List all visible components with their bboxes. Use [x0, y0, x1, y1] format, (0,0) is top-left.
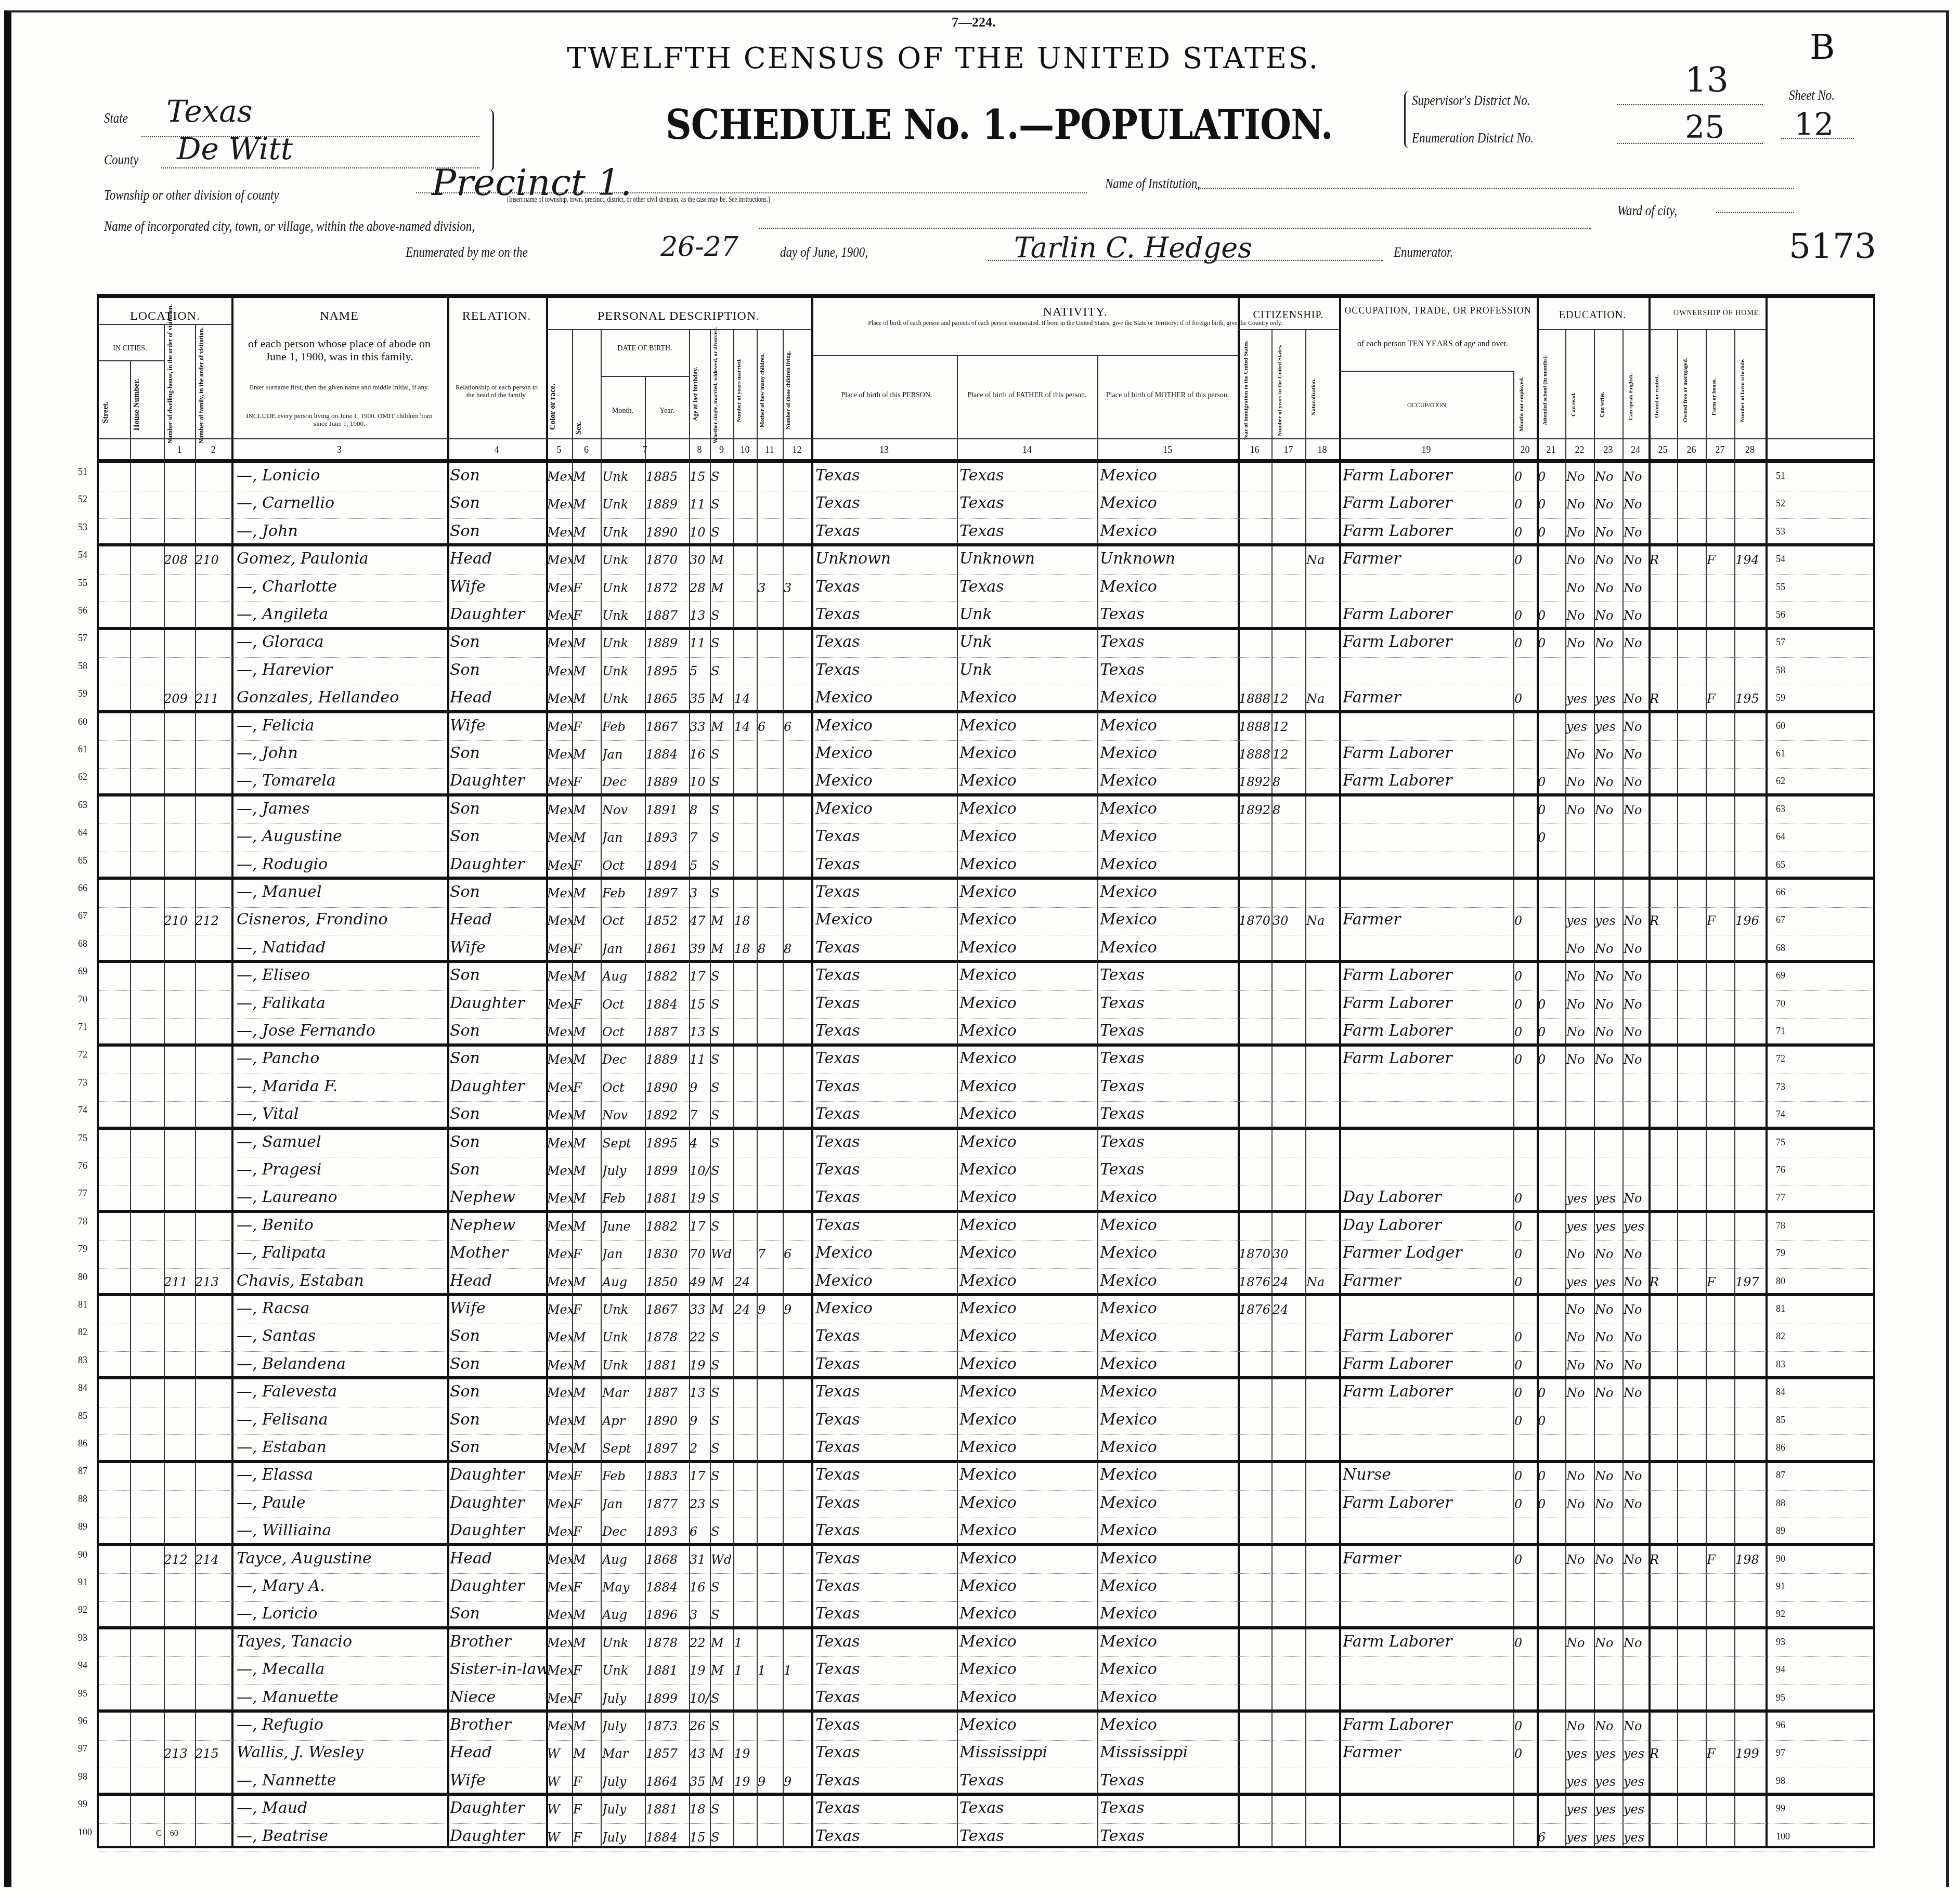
birthplace-person: Texas	[815, 1494, 957, 1512]
sex: M	[573, 1636, 600, 1650]
months-unemployed: 0	[1514, 608, 1537, 623]
birthplace-person: Texas	[815, 1604, 957, 1623]
line-number-left: 94	[78, 1660, 87, 1671]
sex: F	[573, 581, 600, 595]
sex: F	[573, 1497, 600, 1511]
occupation: Day Laborer	[1343, 1216, 1513, 1234]
birthplace-father: Mexico	[959, 1133, 1097, 1151]
line-number-left: 67	[78, 910, 87, 921]
sex: M	[573, 1441, 600, 1456]
birth-month: Unk	[602, 553, 645, 567]
relation: Head	[450, 1272, 546, 1290]
birth-month: May	[602, 1580, 645, 1595]
birth-year: 1865	[646, 691, 689, 706]
can-read: No	[1566, 1247, 1594, 1261]
color-race: Mex	[547, 469, 572, 484]
line-number-left: 76	[78, 1160, 87, 1171]
person-name: —, Racsa	[237, 1299, 447, 1317]
birthplace-mother: Mexico	[1100, 1688, 1238, 1706]
can-read: No	[1566, 1636, 1594, 1650]
header-name-desc: of each person whose place of abode on J…	[244, 337, 434, 363]
occupation: Farm Laborer	[1343, 1049, 1513, 1067]
months-unemployed: 0	[1514, 1497, 1537, 1511]
birthplace-father: Mexico	[959, 1382, 1097, 1401]
birthplace-person: Mexico	[815, 1244, 957, 1262]
line-number-right: 90	[1776, 1553, 1785, 1564]
marital-status: S	[711, 1025, 733, 1039]
person-name: —, Felisana	[237, 1411, 447, 1429]
sex: F	[573, 1302, 600, 1317]
dwelling-number: 212	[164, 1552, 195, 1567]
birth-month: July	[602, 1691, 645, 1706]
owned-rented: R	[1650, 691, 1677, 706]
birth-year: 1882	[646, 1219, 689, 1234]
can-read: No	[1566, 1497, 1594, 1511]
attended-school: 0	[1538, 997, 1565, 1012]
attended-school: 0	[1538, 830, 1565, 845]
birthplace-person: Texas	[815, 1799, 957, 1817]
color-race: Mex	[547, 858, 572, 873]
person-name: —, Falikata	[237, 994, 447, 1012]
birthplace-mother: Mexico	[1100, 1244, 1238, 1262]
birthplace-father: Mexico	[959, 1105, 1097, 1123]
birth-month: July	[602, 1830, 645, 1845]
population-table: LOCATION. IN CITIES. NAME of each person…	[97, 294, 1875, 1848]
line-number-right: 100	[1776, 1831, 1790, 1842]
sex: F	[573, 1247, 600, 1261]
children-living: 6	[784, 720, 811, 734]
birth-year: 1882	[646, 969, 689, 984]
header-age: Age at last birthday.	[692, 345, 699, 443]
person-name: —, Harevior	[237, 661, 447, 679]
immigration-year: 1876	[1239, 1302, 1271, 1317]
color-race: Mex	[547, 775, 572, 789]
col-number: 18	[1305, 445, 1339, 455]
header-occupation: OCCUPATION, TRADE, OR PROFESSION	[1339, 305, 1537, 316]
header-name-instr2: INCLUDE every person living on June 1, 1…	[244, 412, 434, 428]
occupation: Farmer	[1343, 910, 1513, 929]
birthplace-person: Mexico	[815, 688, 957, 707]
birthplace-father: Mexico	[959, 883, 1097, 901]
birth-month: Jan	[602, 747, 645, 762]
line-number-right: 63	[1776, 804, 1785, 815]
line-number-right: 54	[1776, 554, 1785, 565]
can-read: No	[1566, 608, 1594, 623]
can-speak-english: No	[1624, 1469, 1649, 1483]
birth-month: Unk	[602, 581, 645, 595]
header-attended-school: Attended school (in months).	[1542, 337, 1548, 443]
color-race: Mex	[547, 1719, 572, 1733]
can-speak-english: yes	[1624, 1774, 1649, 1789]
color-race: W	[547, 1746, 572, 1761]
header-name: NAME	[231, 309, 447, 324]
birthplace-mother: Mexico	[1100, 1327, 1238, 1345]
sex: F	[573, 1080, 600, 1095]
birthplace-father: Mexico	[959, 1660, 1097, 1678]
table-row: —, JohnSonMexMUnk189010STexasTexasMexico…	[99, 519, 1873, 547]
sheet-letter: B	[1810, 27, 1835, 67]
birthplace-mother: Mexico	[1100, 1438, 1238, 1456]
birth-month: Oct	[602, 913, 645, 928]
birth-month: Nov	[602, 803, 645, 817]
line-number-right: 71	[1776, 1026, 1785, 1037]
can-read: No	[1566, 803, 1594, 817]
can-speak-english: No	[1624, 1330, 1649, 1344]
occupation: Farm Laborer	[1343, 1327, 1513, 1345]
birth-year: 1890	[646, 1414, 689, 1428]
can-speak-english: No	[1624, 1247, 1649, 1261]
birthplace-father: Unk	[959, 661, 1097, 679]
can-read: yes	[1566, 913, 1594, 928]
col-number: 8	[689, 445, 710, 455]
person-name: —, Benito	[237, 1216, 447, 1234]
birth-year: 1864	[646, 1774, 689, 1789]
birth-year: 1892	[646, 1108, 689, 1122]
birthplace-person: Texas	[815, 578, 957, 596]
birth-month: Unk	[602, 1663, 645, 1678]
sex: F	[573, 608, 600, 623]
table-row: —, PanchoSonMexMDec188911STexasMexicoTex…	[99, 1046, 1873, 1074]
months-unemployed: 0	[1514, 1746, 1537, 1761]
header-year: Year.	[645, 407, 689, 415]
can-write: No	[1595, 775, 1622, 789]
mother-of: 7	[758, 1247, 783, 1261]
birth-month: Aug	[602, 1608, 645, 1622]
birthplace-mother: Mexico	[1100, 855, 1238, 873]
mother-of: 3	[758, 581, 783, 595]
line-number-left: 90	[78, 1549, 87, 1560]
birthplace-mother: Mexico	[1100, 1188, 1238, 1206]
birth-month: Unk	[602, 1302, 645, 1317]
rule	[601, 376, 689, 377]
color-race: Mex	[547, 1219, 572, 1234]
age: 11	[690, 497, 710, 512]
months-unemployed: 0	[1514, 1414, 1537, 1428]
age: 5	[690, 664, 710, 678]
can-read: yes	[1566, 1275, 1594, 1289]
col-number: 6	[572, 445, 601, 455]
color-race: Mex	[547, 969, 572, 984]
line-number-left: 83	[78, 1355, 87, 1366]
farm-house: F	[1707, 691, 1734, 706]
birthplace-father: Mexico	[959, 1160, 1097, 1179]
birthplace-father: Texas	[959, 1799, 1097, 1817]
can-speak-english: No	[1624, 969, 1649, 984]
col-number: 22	[1565, 445, 1594, 455]
table-row: —, Jose FernandoSonMexMOct188713STexasMe…	[99, 1019, 1873, 1047]
relation: Wife	[450, 716, 546, 735]
marital-status: M	[711, 942, 733, 956]
county-value: De Witt	[177, 131, 293, 166]
age: 17	[690, 1469, 710, 1483]
birthplace-father: Mexico	[959, 1716, 1097, 1734]
birthplace-person: Mexico	[815, 1299, 957, 1317]
col-number: 17	[1271, 445, 1305, 455]
years-in-us: 8	[1273, 775, 1305, 789]
table-row: —, JohnSonMexMJan188416SMexicoMexicoMexi…	[99, 741, 1873, 769]
birth-year: 1899	[646, 1691, 689, 1706]
years-in-us: 12	[1273, 691, 1305, 706]
line-number-left: 85	[78, 1411, 87, 1421]
occupation: Farm Laborer	[1343, 744, 1513, 762]
col-number: 27	[1706, 445, 1734, 455]
can-read: No	[1566, 1469, 1594, 1483]
sex: F	[573, 720, 600, 734]
can-read: No	[1566, 1386, 1594, 1400]
months-unemployed: 0	[1514, 1636, 1537, 1650]
marital-status: S	[711, 1830, 733, 1845]
occupation: Farmer	[1343, 1549, 1513, 1568]
can-read: yes	[1566, 1802, 1594, 1817]
table-row: —, EstabanSonMexMSept18972STexasMexicoMe…	[99, 1435, 1873, 1463]
sex: M	[573, 1552, 600, 1567]
birthplace-person: Texas	[815, 994, 957, 1012]
line-number-left: 78	[78, 1216, 87, 1227]
line-number-left: 82	[78, 1327, 87, 1338]
sex: M	[573, 886, 600, 900]
can-speak-english: No	[1624, 1386, 1649, 1400]
birthplace-father: Mexico	[959, 1438, 1097, 1456]
birth-year: 1897	[646, 886, 689, 900]
birth-month: Oct	[602, 858, 645, 873]
col-number: 26	[1677, 445, 1706, 455]
birthplace-person: Texas	[815, 1188, 957, 1206]
can-write: yes	[1595, 913, 1622, 928]
relation: Son	[450, 1160, 546, 1179]
marital-status: S	[711, 747, 733, 762]
can-speak-english: No	[1624, 775, 1649, 789]
marital-status: S	[711, 1497, 733, 1511]
col-number: 20	[1513, 445, 1537, 455]
marital-status: S	[711, 1580, 733, 1595]
person-name: —, Laureano	[237, 1188, 447, 1206]
ward-label: Ward of city,	[1617, 203, 1677, 219]
years-married: 19	[734, 1746, 757, 1761]
relation: Son	[450, 1022, 546, 1040]
occupation: Farmer Lodger	[1343, 1244, 1513, 1262]
sex: F	[573, 1663, 600, 1678]
person-name: —, Natidad	[237, 938, 447, 957]
line-number-right: 99	[1776, 1803, 1785, 1814]
occupation: Farm Laborer	[1343, 1716, 1513, 1734]
immigration-year: 1888	[1239, 691, 1271, 706]
can-write: No	[1595, 553, 1622, 567]
table-row: —, TomarelaDaughterMexFDec188910SMexicoM…	[99, 768, 1873, 797]
marital-status: M	[711, 1275, 733, 1289]
line-number-left: 66	[78, 883, 87, 894]
color-race: Mex	[547, 1691, 572, 1706]
attended-school: 0	[1538, 636, 1565, 650]
table-row: 212214Tayce, AugustineHeadMexMAug186831W…	[99, 1546, 1873, 1574]
relation: Mother	[450, 1244, 546, 1262]
sex: M	[573, 747, 600, 762]
marital-status: S	[711, 1108, 733, 1122]
person-name: —, Samuel	[237, 1133, 447, 1151]
birth-month: Aug	[602, 969, 645, 984]
line-number-right: 75	[1776, 1137, 1785, 1148]
enumerated-suffix: day of June, 1900,	[780, 244, 868, 261]
age: 23	[690, 1497, 710, 1511]
birthplace-mother: Mexico	[1100, 1355, 1238, 1373]
relation: Nephew	[450, 1188, 546, 1206]
marital-status: S	[711, 830, 733, 845]
birthplace-father: Unknown	[959, 550, 1097, 568]
birth-year: 1881	[646, 1191, 689, 1206]
birth-month: Unk	[602, 1330, 645, 1344]
occupation: Farmer	[1343, 1272, 1513, 1290]
color-race: Mex	[547, 1108, 572, 1122]
birthplace-father: Mexico	[959, 1466, 1097, 1484]
color-race: Mex	[547, 1191, 572, 1206]
birth-year: 1873	[646, 1719, 689, 1733]
header-family: Number of family, in the order of visita…	[198, 337, 205, 443]
line-number-right: 98	[1776, 1775, 1785, 1786]
color-race: Mex	[547, 636, 572, 650]
color-race: Mex	[547, 720, 572, 734]
table-row: —, ElassaDaughterMexFFeb188317STexasMexi…	[99, 1463, 1873, 1491]
occupation: Farmer	[1343, 688, 1513, 707]
birth-year: 1896	[646, 1608, 689, 1622]
farm-schedule: 197	[1735, 1275, 1766, 1289]
occupation: Nurse	[1343, 1466, 1513, 1484]
line-number-right: 93	[1776, 1637, 1785, 1648]
line-number-right: 95	[1776, 1692, 1785, 1703]
age: 35	[690, 691, 710, 706]
line-number-left: 57	[78, 633, 87, 644]
birthplace-person: Texas	[815, 1327, 957, 1345]
birthplace-mother: Mexico	[1100, 1382, 1238, 1401]
birthplace-person: Mexico	[815, 1272, 957, 1290]
can-write: No	[1595, 803, 1622, 817]
line-number-right: 94	[1776, 1664, 1785, 1675]
birthplace-mother: Mexico	[1100, 1604, 1238, 1623]
age: 28	[690, 581, 710, 595]
header-citizenship: CITIZENSHIP.	[1238, 309, 1339, 321]
can-speak-english: No	[1624, 942, 1649, 956]
table-row: —, LaureanoNephewMexMFeb188119STexasMexi…	[99, 1185, 1873, 1213]
line-number-right: 68	[1776, 943, 1785, 954]
sex: M	[573, 1358, 600, 1373]
birthplace-person: Texas	[815, 1160, 957, 1179]
relation: Wife	[450, 1771, 546, 1790]
table-row: —, AugustineSonMexMJan18937STexasMexicoM…	[99, 824, 1873, 852]
birthplace-father: Mexico	[959, 1244, 1097, 1262]
line-number-right: 79	[1776, 1248, 1785, 1259]
birth-month: Oct	[602, 1080, 645, 1095]
header-can-read: Can read.	[1570, 365, 1577, 443]
header-farm-house: Farm or house.	[1711, 350, 1717, 443]
farm-house: F	[1707, 1552, 1734, 1567]
person-name: —, Tomarela	[237, 772, 447, 790]
attended-school: 0	[1538, 803, 1565, 817]
header-occupation-sub: OCCUPATION.	[1339, 402, 1516, 409]
line-number-right: 74	[1776, 1109, 1785, 1120]
birthplace-mother: Texas	[1100, 1799, 1238, 1817]
months-unemployed: 0	[1514, 1191, 1537, 1206]
person-name: —, Maud	[237, 1799, 447, 1817]
rule	[1537, 329, 1766, 330]
age: 3	[690, 1608, 710, 1622]
rule	[99, 438, 1873, 439]
color-race: Mex	[547, 997, 572, 1012]
attended-school: 0	[1538, 775, 1565, 789]
line-number-left: 75	[78, 1133, 87, 1144]
children-living: 3	[784, 581, 811, 595]
children-living: 6	[784, 1247, 811, 1261]
marital-status: M	[711, 553, 733, 567]
birthplace-person: Texas	[815, 1577, 957, 1595]
person-name: —, Mecalla	[237, 1660, 447, 1678]
months-unemployed: 0	[1514, 1219, 1537, 1234]
can-speak-english: No	[1624, 1191, 1649, 1206]
years-married: 14	[734, 691, 757, 706]
birth-month: Sept	[602, 1136, 645, 1151]
marital-status: S	[711, 1524, 733, 1539]
birthplace-mother: Mexico	[1100, 1411, 1238, 1429]
color-race: Mex	[547, 1358, 572, 1373]
col-number: 12	[783, 445, 811, 455]
table-row: —, Mary A.DaughterMexFMay188416STexasMex…	[99, 1574, 1873, 1602]
can-speak-english: No	[1624, 636, 1649, 650]
supervisor-district: 13	[1685, 60, 1729, 100]
sex: M	[573, 1164, 600, 1178]
can-read: No	[1566, 942, 1594, 956]
birth-month: Jan	[602, 1497, 645, 1511]
can-speak-english: No	[1624, 525, 1649, 540]
birthplace-person: Texas	[815, 466, 957, 485]
person-name: —, Angileta	[237, 605, 447, 623]
birth-year: 1884	[646, 747, 689, 762]
age: 9	[690, 1080, 710, 1095]
can-read: No	[1566, 497, 1594, 512]
person-name: —, John	[237, 744, 447, 762]
sex: M	[573, 1191, 600, 1206]
family-number: 214	[195, 1552, 231, 1567]
dwelling-number: 209	[164, 691, 195, 706]
line-number-left: 86	[78, 1438, 87, 1449]
birthplace-mother: Texas	[1100, 1160, 1238, 1179]
birth-year: 1870	[646, 553, 689, 567]
color-race: Mex	[547, 1052, 572, 1067]
table-row: —, WilliainaDaughterMexFDec18936STexasMe…	[99, 1518, 1873, 1546]
table-row: —, FalikataDaughterMexFOct188415STexasMe…	[99, 991, 1873, 1019]
line-number-right: 59	[1776, 693, 1785, 703]
age: 13	[690, 1025, 710, 1039]
line-number-left: 64	[78, 827, 87, 838]
color-race: Mex	[547, 1580, 572, 1595]
line-number-left: 99	[78, 1799, 87, 1810]
birthplace-mother: Mississippi	[1100, 1743, 1238, 1761]
line-number-right: 66	[1776, 887, 1785, 898]
birth-month: Aug	[602, 1275, 645, 1289]
enumerated-days: 26-27	[660, 231, 738, 263]
can-read: No	[1566, 1330, 1594, 1344]
table-row: —, Marida F.DaughterMexFOct18909STexasMe…	[99, 1074, 1873, 1102]
family-number: 212	[195, 913, 231, 928]
can-read: yes	[1566, 1830, 1594, 1845]
person-name: —, Pancho	[237, 1049, 447, 1067]
age: 3	[690, 886, 710, 900]
marital-status: S	[711, 1802, 733, 1817]
attended-school: 0	[1538, 1414, 1565, 1428]
can-write: yes	[1595, 720, 1622, 734]
can-speak-english: No	[1624, 469, 1649, 484]
relation: Son	[450, 1411, 546, 1429]
birth-year: 1830	[646, 1247, 689, 1261]
age: 8	[690, 803, 710, 817]
col-number: 14	[957, 445, 1097, 455]
can-write: No	[1595, 1497, 1622, 1511]
